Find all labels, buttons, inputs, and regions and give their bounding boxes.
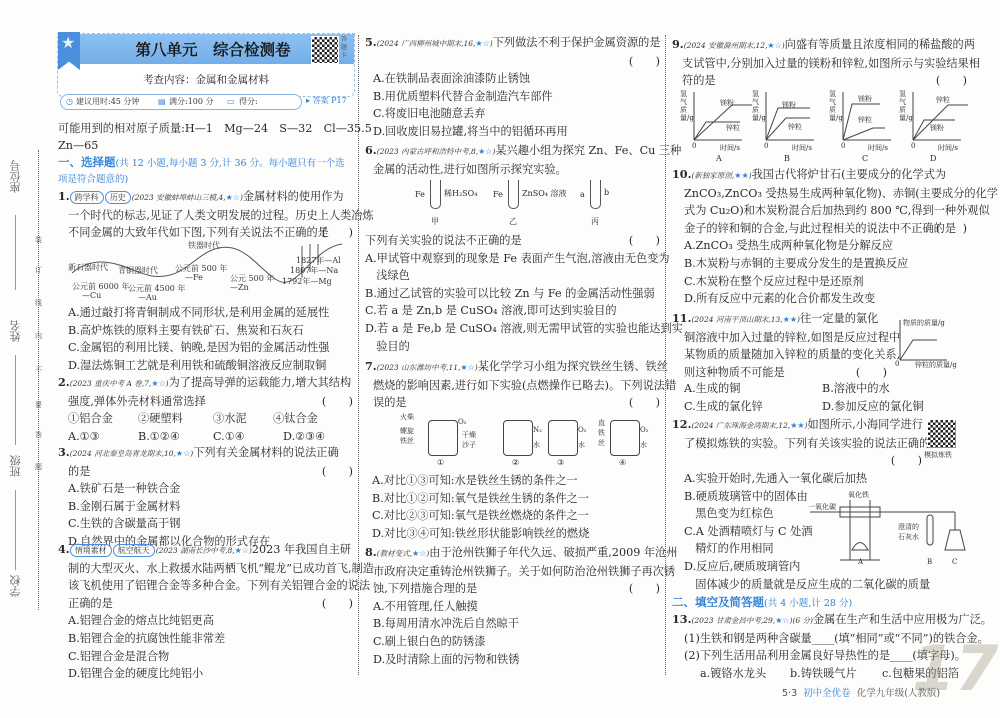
q-num: 10. xyxy=(672,167,691,181)
fig-label: Fe xyxy=(493,190,503,199)
option-c[interactable]: C.金属铝的利用比镁、钠晚,是因为铝的金属活动性强 xyxy=(68,339,353,357)
answer-blank[interactable]: ( ) xyxy=(856,364,887,382)
q-score: (6 分) xyxy=(792,616,813,625)
score-field[interactable]: 得分: xyxy=(239,95,258,109)
question-12: 12.(2024 广东珠海金湾期末,12,★★)如图所示,小海同学进行 了模拟炼… xyxy=(672,416,922,470)
q-text: 市政府决定重铸沧州铁狮子。关于如何防治沧州铁狮子再次锈 xyxy=(365,563,660,581)
option-b[interactable]: B.金刚石属于金属材料 xyxy=(58,498,353,516)
option-a[interactable]: A.①③ xyxy=(68,428,138,446)
option-c[interactable]: C.将废旧电池随意丢弃 xyxy=(365,105,660,123)
q-num: 9. xyxy=(672,37,684,51)
q-text: 金子的锌和铜的合金,与此过程相关的说法中不正确的是 xyxy=(684,222,956,235)
fig-label: 青铜器时代 xyxy=(118,265,158,276)
q-text: ZnCO₃,ZnCO₃ 受热易生成两种氧化物)、赤铜(主要成分的化学 xyxy=(672,185,967,203)
option-a-cont: 浅绿色 xyxy=(365,267,660,285)
fold-text: 订 xyxy=(35,265,42,275)
q-text: 往一定量的氯化 xyxy=(800,312,878,325)
answer-blank[interactable]: ( ) xyxy=(629,580,660,598)
q-source: (2023 甘肃金昌中考,29, xyxy=(691,616,775,625)
answer-blank[interactable]: ( ) xyxy=(322,595,353,613)
graph-option[interactable]: D xyxy=(930,154,936,163)
q-source: (2024 河北秦皇岛青龙期末,10, xyxy=(70,449,176,458)
q-source: (2023 安徽蚌埠蚌山三模,4, xyxy=(132,193,226,202)
item: ②硬塑料 xyxy=(138,410,213,428)
option-c[interactable]: C.若 a 是 Zn,b 是 CuSO₄ 溶液,即可达到实验目的 xyxy=(365,302,660,320)
option-c[interactable]: C.刷上银白色的防锈漆 xyxy=(365,633,660,651)
fig-label: 铁 xyxy=(598,428,605,438)
fig-label: 1807年—Na xyxy=(290,265,338,276)
origin-label: 0 xyxy=(911,142,915,150)
qr-caption: 模拟炼铁 xyxy=(924,450,952,460)
q-text: 误的是 xyxy=(373,396,407,409)
option-d[interactable]: D.回收废旧易拉罐,将当中的铝循环再用 xyxy=(365,123,660,141)
q-source: (2024 广东珠海金湾期末,12, xyxy=(691,421,790,430)
jar xyxy=(610,420,640,456)
option-d[interactable]: D.参加反应的氯化铜 xyxy=(822,398,924,416)
question-7: 7.(2023 山东潍坊中考,11,★☆)某化学学习小组为探究铁丝生锈、铁丝 燃… xyxy=(365,358,660,412)
difficulty-star-icon: ★☆ xyxy=(767,41,781,50)
seat-number-line xyxy=(15,215,16,290)
answer-card-qr[interactable] xyxy=(311,36,339,64)
q-text: 我国古代将炉甘石(主要成分的化学式为 xyxy=(752,168,947,181)
fig-label: 火柴 xyxy=(400,412,414,422)
question-5: 5.(2024 广西柳州城中期末,16,★☆)下列做法不利于保护金属资源的是 (… xyxy=(365,34,660,141)
option-a[interactable]: A.实验开始时,先通入一氧化碳后加热 xyxy=(684,470,974,488)
fold-text: 线 xyxy=(35,298,42,308)
q-num: 12. xyxy=(672,417,691,431)
fig-label: O₂ xyxy=(640,426,649,434)
q-source: (2024 河南平顶山期末,13, xyxy=(691,315,782,324)
option-c[interactable]: C.①④ xyxy=(213,428,283,446)
option-b[interactable]: B.对比①②可知:氧气是铁丝生锈的条件之一 xyxy=(372,490,662,508)
difficulty-star-icon: ★☆ xyxy=(151,379,165,388)
y-axis-label: 物质的质量/g xyxy=(903,318,945,328)
q6-body: 下列有关实验的说法不正确的是( ) A.甲试管中观察到的现象是 Fe 表面产生气… xyxy=(365,232,660,355)
question-10: 10.(新独家原创,★★)我国古代将炉甘石(主要成分的化学式为 ZnCO₃,Zn… xyxy=(672,166,967,308)
fig-label: B xyxy=(927,558,932,566)
option-d[interactable]: D.湿法炼铜工艺就是利用铁和硫酸铜溶液反应制取铜 xyxy=(68,357,353,375)
fig-label: 丙 xyxy=(591,216,599,227)
curve-label: 镁粉 xyxy=(930,123,944,133)
section-title: 一、选择题 xyxy=(58,155,116,169)
fig-label: 澄清的 xyxy=(898,522,919,532)
test-tube xyxy=(590,180,601,209)
page-title: 第八单元 综合检测卷 xyxy=(108,38,318,60)
q-text: 某兴趣小组为探究 Zn、Fe、Cu 三种 xyxy=(495,144,681,157)
test-tube xyxy=(430,180,441,209)
full-score: 满分:100 分 xyxy=(169,95,214,109)
q-text: 了模拟炼铁的实验。下列有关该实验的说法正确的是 xyxy=(672,435,922,453)
q-num: 2. xyxy=(58,375,70,389)
jar xyxy=(428,420,458,456)
class-label: 班级 xyxy=(8,455,24,477)
difficulty-star-icon: ★☆ xyxy=(235,546,249,555)
answer-ref[interactable]: ▸ 答案 P17 xyxy=(306,95,347,106)
q-text: 符的是 xyxy=(682,74,716,87)
q-num: 4. xyxy=(58,542,70,556)
qr-label: 答题卡 xyxy=(341,36,349,60)
clock-icon: ◷ xyxy=(66,95,73,109)
question-9: 9.(2024 安徽滁州期末,12,★☆)向盛有等质量且浓度相同的稀盐酸的两 支… xyxy=(672,36,967,90)
iron-wire-figure: 火柴 螺旋 铁丝 O₂ 干燥 沙子 N₂ 水 O₂ 水 直 铁 丝 O₂ 水 ①… xyxy=(400,412,650,470)
option-b[interactable]: B.木炭粉与赤铜的主要成分发生的是置换反应 xyxy=(672,255,967,273)
school-label: 学校 xyxy=(8,575,24,597)
q-num: 1. xyxy=(58,189,70,203)
q-text: 铜溶液中加入过量的锌粒,如图是反应过程中 xyxy=(672,329,887,347)
fig-label: 石灰水 xyxy=(898,532,919,542)
q-text: 某化学学习小组为探究铁丝生锈、铁丝 xyxy=(478,360,668,373)
option-b[interactable]: B.溶液中的水 xyxy=(822,380,890,398)
q-text: 2023 年我国自主研 xyxy=(252,543,351,556)
origin-label: 0 xyxy=(841,142,845,150)
difficulty-star-icon: ★☆ xyxy=(226,193,240,202)
apparatus-figure: 氧化铁 一氧化碳 澄清的 石灰水 A B C xyxy=(810,490,970,568)
fig-label: —Cu xyxy=(82,291,101,300)
q11-graph: 物质的质量/g 0 锌粒的质量/g xyxy=(895,318,995,368)
x-axis-label: 时间/s xyxy=(868,143,888,153)
q-text: 则这种物质不可能是 xyxy=(684,366,785,379)
q-num: 13. xyxy=(672,612,691,626)
q-source: (新独家原创, xyxy=(691,171,734,180)
q-source: (2023 山东潍坊中考,11, xyxy=(377,363,461,372)
q-text: 如图所示,小海同学进行 xyxy=(807,418,922,431)
option-b[interactable]: B.通过乙试管的实验可以比较 Zn 与 Fe 的金属活动性强弱 xyxy=(365,285,660,303)
answer-blank[interactable]: ( ) xyxy=(322,393,353,411)
q-num: 11. xyxy=(672,311,691,325)
fig-label: ④ xyxy=(619,458,626,467)
q-text: 式为 Cu₂O)和木炭粉混合后加热到约 800 ℃,得到一种外观似 xyxy=(672,202,967,220)
difficulty-star-icon: ★☆ xyxy=(775,616,789,625)
fold-text: 要 xyxy=(35,400,42,410)
fig-label: 直 xyxy=(598,418,605,428)
fig-label: 丝 xyxy=(598,438,605,448)
y-axis-label: 氢气质量/g xyxy=(680,90,690,122)
atomic-masses: 可能用到的相对原子质量:H—1 Mg—24 S—32 Cl—35.5 xyxy=(58,120,372,138)
answer-blank[interactable]: ( ) xyxy=(629,232,660,250)
jar xyxy=(548,420,578,456)
y-axis-label: 氢气质量/g xyxy=(752,90,762,122)
option-a[interactable]: A.通过敲打将青铜制成不同形状,是利用金属的延展性 xyxy=(68,304,353,322)
question-8: 8.(教材变式,★☆)由于沧州铁狮子年代久远、破损严重,2009 年沧州 市政府… xyxy=(365,544,660,668)
q1-options: A.通过敲打将青铜制成不同形状,是利用金属的延展性 B.高炉炼铁的原料主要有铁矿… xyxy=(68,304,353,374)
fig-label: A xyxy=(858,558,863,566)
fold-text: 内 xyxy=(35,331,42,341)
q-text: 某物质的质量随加入锌粒的质量的变化关系, xyxy=(672,346,887,364)
fold-line xyxy=(38,150,39,610)
option-a[interactable]: A.ZnCO₃ 受热生成两种氧化物是分解反应 xyxy=(672,237,967,255)
fig-label: O₂ xyxy=(458,418,467,426)
difficulty-star-icon: ★★ xyxy=(783,315,797,324)
name-label: 姓名 xyxy=(8,320,24,342)
item: ③水泥 xyxy=(213,410,273,428)
fig-label: 新石器时代 xyxy=(68,262,108,273)
fig-label: C xyxy=(952,558,957,566)
q-num: 5. xyxy=(365,35,377,49)
q7-options: A.对比①③可知:水是铁丝生锈的条件之一 B.对比①②可知:氧气是铁丝生锈的条件… xyxy=(372,472,662,542)
question-2: 2.(2023 重庆中考 A 卷,7,★☆)为了提高导弹的运载能力,增大其结构 … xyxy=(58,374,353,445)
difficulty-star-icon: ★☆ xyxy=(475,39,489,48)
fig-label: 沙子 xyxy=(462,440,476,450)
fig-label: ③ xyxy=(557,458,564,467)
origin-label: 0 xyxy=(692,142,696,150)
question-3: 3.(2024 河北秦皇岛青龙期末,10,★☆)下列有关金属材料的说法正确 的是… xyxy=(58,444,353,551)
answer-page: 答案 P17 xyxy=(313,96,347,105)
q-text: 正确的是 xyxy=(68,597,113,610)
section-title: 二、填空及简答题 xyxy=(672,595,764,609)
answer-blank[interactable]: ( ) xyxy=(322,463,353,481)
name-line xyxy=(15,355,16,445)
fig-label: 稀H₂SO₄ xyxy=(444,188,477,199)
curve-label: 镁粉 xyxy=(858,94,872,104)
subtitle: 考查内容：金属和金属材料 xyxy=(58,72,354,87)
option-b[interactable]: B.铝锂合金的抗腐蚀性能非常差 xyxy=(58,630,353,648)
atomic-masses-cont: Zn—65 xyxy=(58,137,98,155)
subject: 化学九年级(人教版) xyxy=(857,688,940,699)
fig-label: 一氧化碳 xyxy=(808,502,836,512)
option-d[interactable]: D.②③④ xyxy=(283,428,325,446)
fig-label: a xyxy=(580,190,585,199)
option-a[interactable]: A.铁矿石是一种铁合金 xyxy=(58,480,353,498)
test-tube xyxy=(508,180,519,209)
option-b[interactable]: B.高炉炼铁的原料主要有铁矿石、焦炭和石灰石 xyxy=(68,322,353,340)
fig-label: —Zn xyxy=(230,283,249,292)
section2-heading: 二、填空及简答题(共 4 小题,计 28 分) xyxy=(672,594,852,613)
q-text: 的是 xyxy=(68,465,90,478)
q-num: 3. xyxy=(58,445,70,459)
difficulty-star-icon: ★☆ xyxy=(478,147,492,156)
question-1: 1.跨学科历史(2023 安徽蚌埠蚌山三模,4,★☆)金属材料的使用作为 一个时… xyxy=(58,188,353,242)
q-text: 下列做法不利于保护金属资源的是 xyxy=(493,36,661,49)
question-4: 4.情境素材航空航天(2023 湖南长沙中考,8,★☆)2023 年我国自主研 … xyxy=(58,541,353,683)
difficulty-star-icon: ★★ xyxy=(790,421,804,430)
q-text: 强度,弹体外壳材料通常选择 xyxy=(68,395,206,408)
difficulty-star-icon: ★★ xyxy=(734,171,748,180)
fig-label: 螺旋 xyxy=(400,426,414,436)
tag: 历史 xyxy=(105,191,131,204)
section-desc: (共 12 小题,每小题 3 分,计 36 分。每小题只有一个选 xyxy=(116,158,345,169)
q-text: 由于沧州铁狮子年代久远、破损严重,2009 年沧州 xyxy=(429,546,677,559)
fig-label: 干燥 xyxy=(462,430,476,440)
q-text: 一个时代的标志,见证了人类文明发展的过程。历史上人类冶炼 xyxy=(58,207,353,225)
footer-brand: 5·3 初中全优卷 化学九年级(人教版) xyxy=(782,685,940,699)
difficulty-star-icon: ★☆ xyxy=(176,449,190,458)
calendar-icon: ▭ xyxy=(227,95,235,109)
iron-smelting-qr[interactable] xyxy=(928,420,956,448)
q-text: 下列有关金属材料的说法正确 xyxy=(193,446,338,459)
fig-label: 乙 xyxy=(509,216,517,227)
question-11: 11.(2024 河南平顶山期末,13,★★)往一定量的氯化 铜溶液中加入过量的… xyxy=(672,310,887,381)
q-text: 下列有关实验的说法不正确的是 xyxy=(365,234,522,247)
fig-label: Fe xyxy=(415,190,425,199)
option-a[interactable]: A.对比①③可知:水是铁丝生锈的条件之一 xyxy=(372,472,662,490)
option-c[interactable]: C.铝锂合金是混合物 xyxy=(58,648,353,666)
q-text: 金属的活动性,进行如图所示探究实验。 xyxy=(365,161,660,179)
option-d[interactable]: D.对比③④可知:铁丝形状能影响铁丝的燃烧 xyxy=(372,525,662,543)
answer-blank[interactable]: ( ) xyxy=(891,452,922,470)
item: ①铝合金 xyxy=(68,410,138,428)
tag: 航空航天 xyxy=(113,544,155,557)
option-b[interactable]: B.①②④ xyxy=(138,428,213,446)
fig-label: b xyxy=(604,188,609,197)
fig-label: —Fe xyxy=(185,273,203,282)
seat-number-label: 座位号 xyxy=(8,160,24,193)
fig-label: —Au xyxy=(138,293,157,302)
option-a[interactable]: A.生成的铜 xyxy=(684,380,822,398)
brand-name: 初中全优卷 xyxy=(803,688,851,699)
fold-text: 不 xyxy=(35,365,42,375)
q-text: 为了提高导弹的运载能力,增大其结构 xyxy=(169,376,352,389)
curve-label: 锌粒 xyxy=(788,122,802,132)
graph-option[interactable]: A xyxy=(716,154,722,163)
ribbon: ★ xyxy=(58,32,80,70)
answer-blank[interactable]: ( ) xyxy=(936,220,967,238)
option-b[interactable]: B.用优质塑料代替合金制造汽车部件 xyxy=(365,88,660,106)
score-icon: ▤ xyxy=(158,95,166,109)
fig-label: O₂ xyxy=(578,426,587,434)
section1-desc2: 项是符合题意的) xyxy=(58,171,128,189)
test-tube-figure: Fe 稀H₂SO₄ 甲 Fe ZnSO₄ 溶液 乙 a b 丙 xyxy=(415,180,645,228)
answer-blank[interactable]: ( ) xyxy=(629,53,660,71)
fig-label: 铁器时代 xyxy=(188,240,220,251)
option-d[interactable]: D.铝锂合金的硬度比纯铝小 xyxy=(58,665,353,683)
q9-graphs: 氢气质量/g 氢气质量/g 氢气质量/g 氢气质量/g 镁粉 锌粒 镁粉 锌粒 … xyxy=(680,90,980,168)
answer-blank[interactable]: ( ) xyxy=(936,72,967,90)
q-text: 制的大型灭火、水上救援水陆两栖飞机“鲲龙”已成功首飞,制造 xyxy=(58,560,353,578)
q-text: 蚀,下列措施合理的是 xyxy=(373,582,477,595)
option-c[interactable]: C.生成的氯化锌 xyxy=(684,398,822,416)
option-d[interactable]: D.若 a 是 Fe,b 是 CuSO₄ 溶液,则无需甲试管的实验也能达到实 xyxy=(365,320,660,338)
q-source: (2024 广西柳州城中期末,16, xyxy=(377,39,476,48)
option-a[interactable]: A.甲试管中观察到的现象是 Fe 表面产生气泡,溶液由无色变为 xyxy=(365,250,660,268)
q-text: 支试管中,分别加入过量的镁粉和锌粒,如图所示与实验结果相 xyxy=(672,55,967,73)
fold-text: 答 xyxy=(35,430,42,440)
section-desc: (共 4 小题,计 28 分) xyxy=(764,598,852,609)
tag: 跨学科 xyxy=(70,191,104,204)
fig-label: ① xyxy=(437,458,444,467)
q-text: 该飞机使用了铝锂合金等多种合金。下列有关铝锂合金的说法 xyxy=(58,577,353,595)
section1-heading: 一、选择题(共 12 小题,每小题 3 分,计 36 分。每小题只有一个选 xyxy=(58,154,345,173)
option-a[interactable]: A.在铁制品表面涂油漆防止锈蚀 xyxy=(365,70,660,88)
q-source: (2023 湖南长沙中考,8, xyxy=(156,546,235,555)
difficulty-star-icon: ★☆ xyxy=(412,549,426,558)
x-axis-label: 时间/s xyxy=(720,143,740,153)
fig-label: 水 xyxy=(533,440,540,450)
item: ④钛合金 xyxy=(273,410,318,428)
suggested-time: 建议用时:45 分钟 xyxy=(76,95,139,109)
option-d-cont: 验目的 xyxy=(365,338,660,356)
graph-option[interactable]: B xyxy=(784,154,790,163)
option-d-cont: 固体减少的质量就是反应生成的二氧化碳的质量 xyxy=(684,576,974,594)
curve-label: 镁粉 xyxy=(720,98,734,108)
fig-label: 铁丝 xyxy=(400,436,414,446)
option-d[interactable]: D.所有反应中元素的化合价都发生改变 xyxy=(672,290,967,308)
x-axis-label: 锌粒的质量/g xyxy=(915,360,957,370)
q11-options: A.生成的铜B.溶液中的水 C.生成的氯化锌D.参加反应的氯化铜 xyxy=(684,380,964,415)
q-num: 6. xyxy=(365,143,377,157)
class-line xyxy=(15,490,16,570)
curve-label: 锌粒 xyxy=(726,123,740,133)
x-axis-label: 时间/s xyxy=(938,143,958,153)
x-axis-label: 时间/s xyxy=(792,143,812,153)
q-source: (2023 重庆中考 A 卷,7, xyxy=(70,379,152,388)
option-c[interactable]: C.对比②③可知:氧气是铁丝燃烧的条件之一 xyxy=(372,507,662,525)
info-bar: ◷ 建议用时:45 分钟 ▤ 满分:100 分 ▭ 得分: xyxy=(60,94,302,110)
q-source: (2023 内蒙古呼和浩特中考,8, xyxy=(377,147,478,156)
q-text: 金属材料的使用作为 xyxy=(243,190,344,203)
y-axis-label: 氢气质量/g xyxy=(829,90,839,122)
question-6: 6.(2023 内蒙古呼和浩特中考,8,★☆)某兴趣小组为探究 Zn、Fe、Cu… xyxy=(365,142,660,178)
tag: 情境素材 xyxy=(70,544,112,557)
q-source: (2024 安徽滁州期末,12, xyxy=(684,41,768,50)
origin-label: 0 xyxy=(895,360,899,368)
fig-label: 水 xyxy=(640,440,647,450)
option-a[interactable]: A.不用管理,任人触摸 xyxy=(365,598,660,616)
star-icon: ★ xyxy=(61,35,75,51)
header-card: ★ 第八单元 综合检测卷 答题卡 考查内容：金属和金属材料 xyxy=(57,33,355,97)
fig-label: 1792年—Mg xyxy=(282,276,332,287)
jar xyxy=(503,420,533,456)
difficulty-star-icon: ★☆ xyxy=(460,363,474,372)
option-d[interactable]: D.及时清除上面的污物和铁锈 xyxy=(365,651,660,669)
fold-text: 题 xyxy=(35,462,42,472)
answer-blank[interactable]: ( ) xyxy=(629,394,660,412)
curve-label: 镁粉 xyxy=(782,100,796,110)
q-text: 向盛有等质量且浓度相同的稀盐酸的两 xyxy=(785,38,975,51)
q-num: 7. xyxy=(365,359,377,373)
fig-label: 水 xyxy=(578,440,585,450)
fig-label: ② xyxy=(512,458,519,467)
graph-option[interactable]: C xyxy=(862,154,868,163)
fig-label: 甲 xyxy=(431,216,439,227)
y-axis-label: 氢气质量/g xyxy=(899,90,909,122)
fig-label: 氧化铁 xyxy=(848,490,869,500)
option-a[interactable]: A.铝锂合金的熔点比纯铝更高 xyxy=(58,612,353,630)
option-c[interactable]: C.木炭粉在整个反应过程中是还原剂 xyxy=(672,273,967,291)
origin-label: 0 xyxy=(764,142,768,150)
brand-number: 5·3 xyxy=(782,688,797,699)
fold-text: 装 xyxy=(35,235,42,245)
q-text: 燃烧的影响因素,进行如下实验(点燃操作已略去)。下列说法错 xyxy=(365,377,660,395)
choice-a: a.镀铬水龙头 xyxy=(700,665,790,683)
curve-label: 锌粒 xyxy=(936,95,950,105)
curve-label: 锌粒 xyxy=(858,115,872,125)
q-source: (教材变式, xyxy=(377,549,412,558)
choice-b: b.铸铁暖气片 xyxy=(790,665,882,683)
q-num: 8. xyxy=(365,545,377,559)
option-b[interactable]: B.每周用清水冲洗后自然晾干 xyxy=(365,615,660,633)
fig-label: ZnSO₄ 溶液 xyxy=(522,188,567,199)
q-text: 金属在生产和生活中应用极为广泛。 xyxy=(813,613,992,626)
fig-label: N₂ xyxy=(533,426,542,434)
option-c[interactable]: C.生铁的含碳量高于钢 xyxy=(58,515,353,533)
